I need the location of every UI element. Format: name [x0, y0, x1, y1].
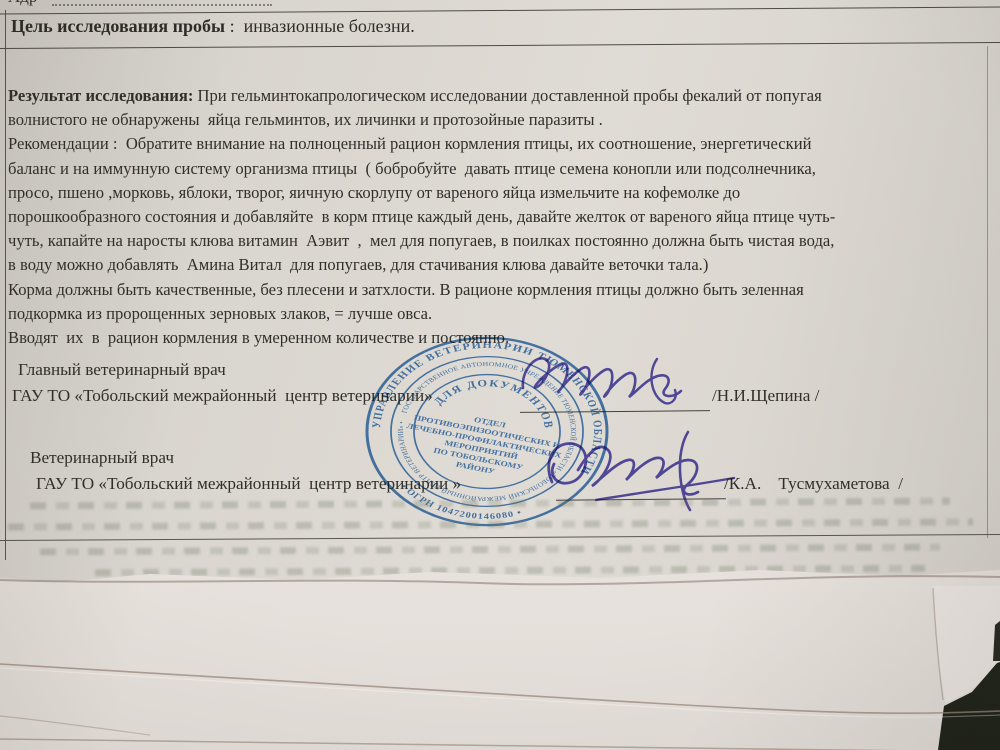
document-sheet: Адр Цель исследования пробы : инвазионны…	[0, 0, 1000, 590]
signature2-role: Ветеринарный врач	[30, 448, 174, 468]
result-line: Результат исследования: При гельминтокап…	[8, 84, 990, 108]
signature2-handwriting	[538, 420, 753, 525]
recommendations-line: Рекомендации : Обратите внимание на полн…	[8, 132, 990, 156]
table-border-mid	[0, 42, 1000, 49]
result-section: Результат исследования: При гельминтокап…	[8, 84, 990, 350]
purpose-value: инвазионные болезни.	[244, 16, 415, 36]
purpose-label: Цель исследования пробы	[11, 16, 225, 36]
table-border-left	[5, 10, 6, 560]
signature1-role: Главный ветеринарный врач	[18, 360, 226, 380]
address-dotted-line	[52, 4, 272, 6]
bleed-through-stripe	[40, 544, 940, 556]
signature1-name: /Н.И.Щепина /	[712, 386, 819, 406]
purpose-row: Цель исследования пробы : инвазионные бо…	[11, 16, 415, 37]
recommendations-line: чуть, капайте на наросты клюва витамин А…	[8, 229, 990, 253]
result-line: волнистого не обнаружены яйца гельминтов…	[8, 108, 990, 132]
recommendations-line: в воду можно добавлять Амина Витал для п…	[8, 253, 990, 277]
table-border-bottom	[0, 534, 1000, 541]
recommendations-line: Корма должны быть качественные, без плес…	[8, 278, 990, 302]
recommendations-line: подкормка из пророщенных зерновых злаков…	[8, 302, 990, 326]
recommendations-line: просо, пшено ,морковь, яблоки, творог, я…	[8, 181, 990, 205]
recommendations-line: порошкообразного состояния и добавляйте …	[8, 205, 990, 229]
purpose-separator: :	[225, 16, 244, 36]
recommendations-line: баланс и на иммунную систему организма п…	[8, 157, 990, 181]
table-border-top	[0, 6, 1000, 14]
signature1-handwriting	[515, 343, 700, 415]
photo-background: Адр Цель исследования пробы : инвазионны…	[0, 0, 1000, 750]
address-fragment: Адр	[8, 0, 37, 7]
result-line-rest: При гельминтокапрологическом исследовани…	[193, 86, 821, 105]
result-label: Результат исследования:	[8, 86, 193, 105]
